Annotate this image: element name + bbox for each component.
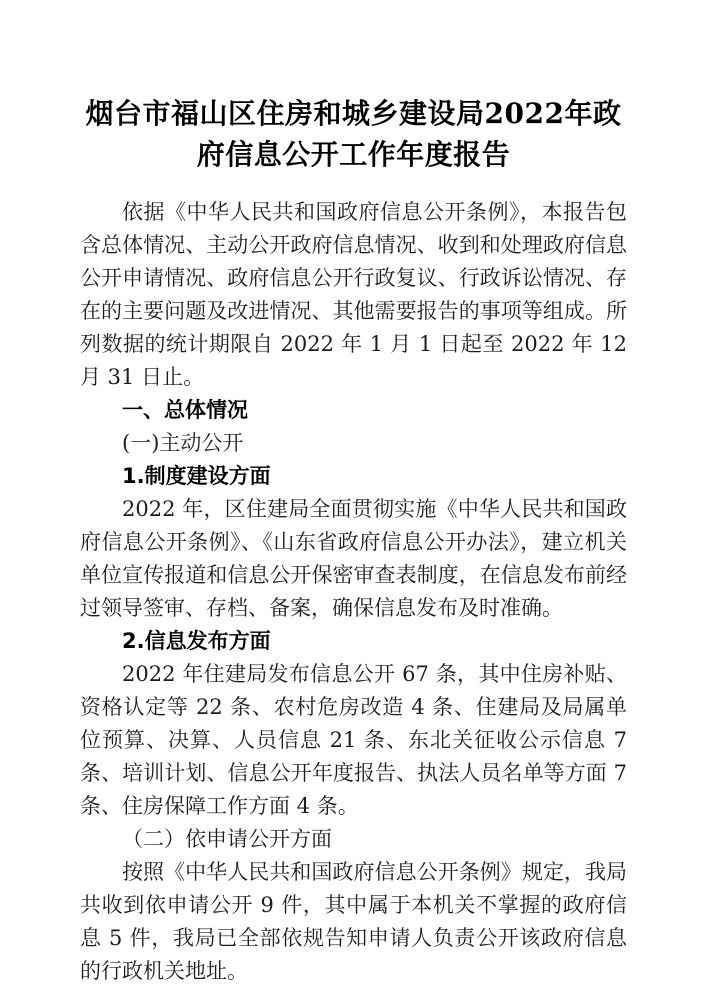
subsection-heading-proactive-disclosure: (一)主动公开 — [80, 427, 627, 460]
document-title-text: 烟台市福山区住房和城乡建设局2022年政府信息公开工作年度报告 — [86, 97, 622, 171]
disclosure-on-request-paragraph: 按照《中华人民共和国政府信息公开条例》规定，我局共收到依申请公开 9 件，其中属… — [80, 856, 627, 988]
document-page: 烟台市福山区住房和城乡建设局2022年政府信息公开工作年度报告 依据《中华人民共… — [0, 0, 707, 999]
system-building-paragraph: 2022 年，区住建局全面贯彻实施《中华人民共和国政府信息公开条例》、《山东省政… — [80, 493, 627, 625]
information-release-paragraph: 2022 年住建局发布信息公开 67 条，其中住房补贴、资格认定等 22 条、农… — [80, 658, 627, 823]
section-heading-overall-situation: 一、总体情况 — [80, 394, 627, 427]
subsection-heading-disclosure-on-request: （二）依申请公开方面 — [80, 823, 627, 856]
document-title: 烟台市福山区住房和城乡建设局2022年政府信息公开工作年度报告 — [74, 93, 633, 175]
intro-paragraph: 依据《中华人民共和国政府信息公开条例》，本报告包含总体情况、主动公开政府信息情况… — [80, 196, 627, 394]
subsection-heading-information-release: 2.信息发布方面 — [80, 625, 627, 658]
subsection-heading-system-building: 1.制度建设方面 — [80, 460, 627, 493]
